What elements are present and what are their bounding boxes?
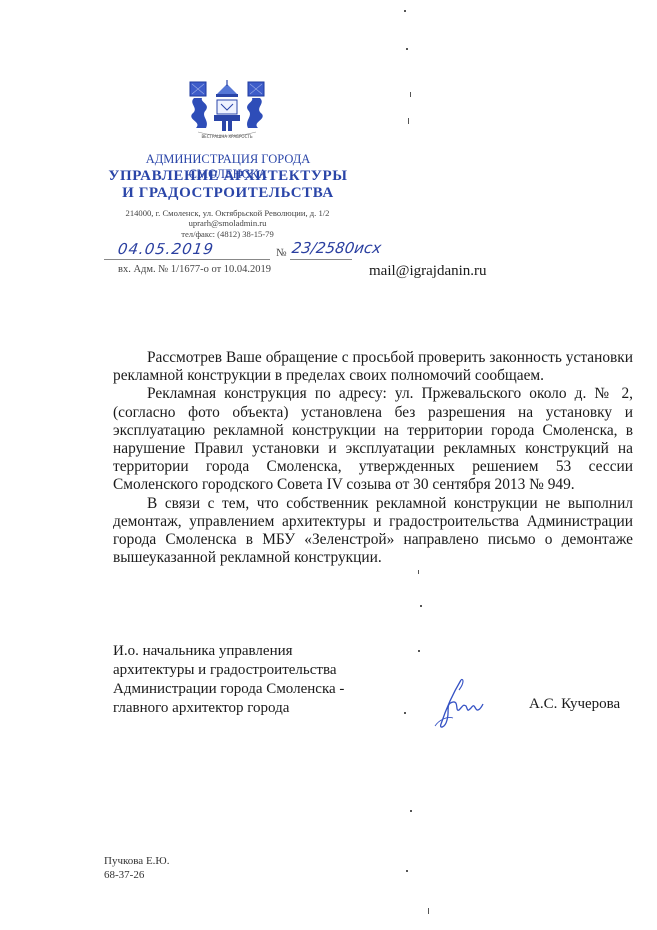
department-line-1: УПРАВЛЕНИЕ АРХИТЕКТУРЫ <box>108 168 348 185</box>
svg-text:ВЕСТРАШНА ХРАБРОСТЬ: ВЕСТРАШНА ХРАБРОСТЬ <box>201 134 252 139</box>
position-line: И.о. начальника управления <box>113 642 344 661</box>
postal-address: 214000, г. Смоленск, ул. Октябрьской Рев… <box>100 208 355 218</box>
number-underline <box>290 259 352 260</box>
scan-speck <box>420 605 422 607</box>
org-email: uprarh@smoladmin.ru <box>100 218 355 228</box>
scan-speck <box>406 870 408 872</box>
number-label: № <box>276 247 287 259</box>
position-line: Администрации города Смоленска - <box>113 680 344 699</box>
executor-name: Пучкова Е.Ю. <box>104 855 169 869</box>
body-paragraph: Рассмотрев Ваше обращение с просьбой про… <box>113 349 633 385</box>
body-paragraph: Рекламная конструкция по адресу: ул. Прж… <box>113 385 633 494</box>
scan-speck <box>410 92 411 97</box>
handwritten-signature-icon <box>433 676 495 731</box>
signatory-name: А.С. Кучерова <box>529 696 620 713</box>
scan-speck <box>418 650 420 652</box>
scan-speck <box>408 118 409 124</box>
scan-speck <box>404 712 406 714</box>
outgoing-date: 04.05.2019 <box>117 240 215 258</box>
letter-body: Рассмотрев Ваше обращение с просьбой про… <box>113 349 633 567</box>
position-line: архитектуры и градостроительства <box>113 661 344 680</box>
scan-speck <box>428 908 429 914</box>
outgoing-number: 23/2580исх <box>291 239 383 257</box>
position-line: главного архитектор города <box>113 699 344 718</box>
scan-speck <box>418 570 419 574</box>
department-line-2: И ГРАДОСТРОИТЕЛЬСТВА <box>108 185 348 202</box>
executor-phone: 68-37-26 <box>104 869 169 883</box>
scan-speck <box>406 48 408 50</box>
org-phone: тел/факс: (4812) 38-15-79 <box>100 229 355 239</box>
scan-speck <box>404 10 406 12</box>
department-name: УПРАВЛЕНИЕ АРХИТЕКТУРЫ И ГРАДОСТРОИТЕЛЬС… <box>108 168 348 202</box>
signatory-position: И.о. начальника управления архитектуры и… <box>113 642 344 718</box>
smolensk-coat-of-arms-icon: ВЕСТРАШНА ХРАБРОСТЬ <box>184 80 270 142</box>
contact-block: 214000, г. Смоленск, ул. Октябрьской Рев… <box>100 208 355 239</box>
recipient-email: mail@igrajdanin.ru <box>369 263 487 280</box>
incoming-reference: вх. Адм. № 1/1677-о от 10.04.2019 <box>118 264 271 275</box>
body-paragraph: В связи с тем, что собственник рекламной… <box>113 495 633 568</box>
scan-speck <box>410 810 412 812</box>
executor-info: Пучкова Е.Ю. 68-37-26 <box>104 855 169 882</box>
